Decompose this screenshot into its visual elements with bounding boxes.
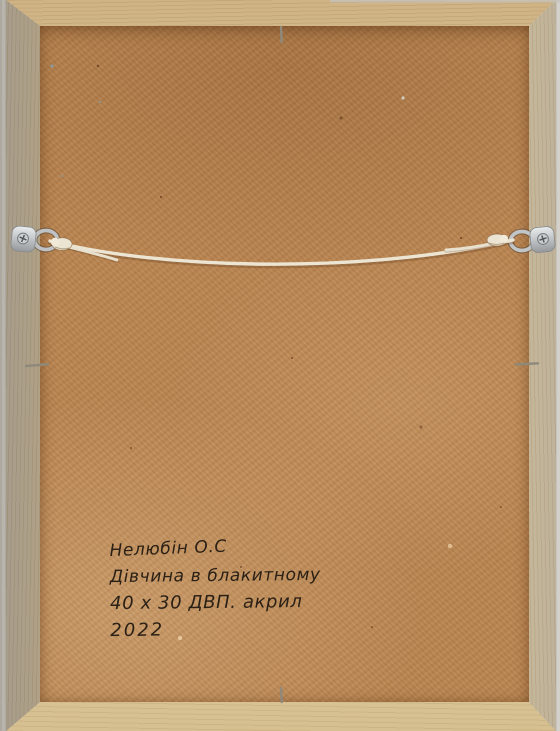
backing-board: Нелюбін О.С Дівчина в блакитному 40 х 30… bbox=[40, 26, 529, 702]
backdrop-edge bbox=[330, 0, 560, 4]
inscription-size-medium: 40 х 30 ДВП. акрил bbox=[110, 593, 321, 613]
inscription-year: 2022 bbox=[110, 620, 321, 640]
inscription-title: Дівчина в блакитному bbox=[110, 567, 321, 586]
photo-of-frame-back: Нелюбін О.С Дівчина в блакитному 40 х 30… bbox=[0, 0, 560, 731]
inscription: Нелюбін О.С Дівчина в блакитному 40 х 30… bbox=[109, 541, 321, 649]
